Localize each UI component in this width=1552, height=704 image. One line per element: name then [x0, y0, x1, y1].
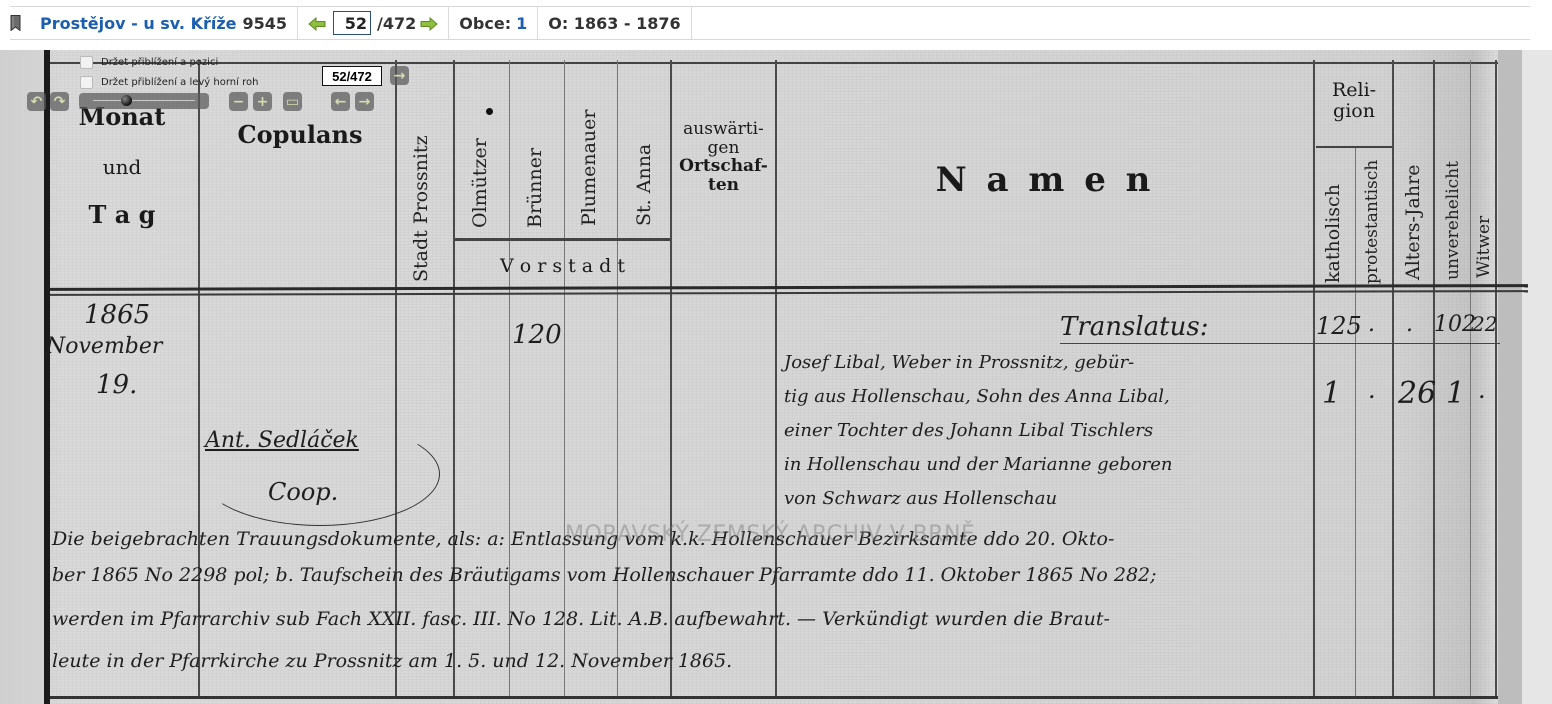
header-religion-line1: Reli-	[1316, 80, 1392, 101]
table-top-rule	[50, 62, 1498, 64]
header-ortschaften-line2: ten	[672, 176, 775, 195]
header-alters-jahre: Alters-Jahre	[1402, 154, 1424, 280]
header-auswaertigen: auswärti- gen Ortschaf- ten	[672, 120, 775, 195]
arrow-right-icon[interactable]	[420, 16, 438, 30]
previous-page-button[interactable]: ←	[331, 92, 350, 111]
jump-to-page-button[interactable]: →	[390, 66, 409, 85]
arrow-right-icon: →	[394, 69, 406, 83]
table-bottom-rule	[50, 696, 1498, 699]
parish-title-link[interactable]: Prostějov - u sv. Kříže	[40, 14, 237, 33]
signature-flourish	[200, 422, 440, 526]
carry-katholisch: 125	[1316, 312, 1362, 340]
groom-line: einer Tochter des Johann Libal Tischlers	[784, 420, 1153, 441]
parish-segment: Prostějov - u sv. Kříže 9545	[0, 7, 298, 39]
bookmark-icon[interactable]	[10, 15, 21, 31]
header-religion-line2: gion	[1316, 101, 1392, 122]
header-olmuetzer: Olmützer	[469, 124, 491, 228]
plus-icon: +	[257, 95, 269, 109]
value-unverehelicht: 1	[1446, 376, 1465, 411]
zoom-in-button[interactable]: +	[253, 92, 272, 111]
entry-year: 1865	[84, 300, 150, 330]
column-divider	[617, 60, 618, 696]
column-divider	[509, 60, 510, 696]
value-protestantisch: .	[1368, 376, 1376, 404]
carry-unverehelicht: 102	[1434, 312, 1476, 337]
page-number-input[interactable]	[333, 11, 371, 35]
keep-zoom-topleft-option[interactable]: Držet přiblížení a levý horní roh	[80, 76, 258, 89]
column-divider	[1313, 60, 1315, 696]
header-auswaertigen-line2: gen	[672, 139, 775, 158]
value-witwer: .	[1478, 376, 1486, 404]
entry-month: November	[46, 334, 162, 359]
column-divider	[198, 60, 200, 696]
zoom-out-button[interactable]: −	[229, 92, 248, 111]
carry-alters: .	[1406, 312, 1413, 337]
groom-line: von Schwarz aus Hollenschau	[784, 488, 1057, 509]
header-witwer: Witwer	[1474, 206, 1494, 278]
date-range: O: 1863 - 1876	[548, 14, 680, 33]
remark-line: leute in der Pfarrkirche zu Prossnitz am…	[52, 650, 732, 672]
column-divider	[453, 60, 455, 696]
column-divider	[775, 60, 777, 696]
scan-page-edge	[1522, 50, 1552, 704]
keep-zoom-position-checkbox[interactable]	[80, 56, 93, 69]
page-badge: 52/472	[322, 66, 382, 86]
header-und: und	[60, 156, 184, 178]
header-copulans: Copulans	[205, 122, 395, 148]
entry-day: 19.	[96, 370, 137, 400]
header-bottom-divider	[10, 39, 1530, 40]
header-unverehelicht: unverehelicht	[1443, 148, 1463, 280]
archive-watermark: MORAVSKÝ ZEMSKÝ ARCHIV V BRNĚ	[565, 522, 975, 547]
register-number: 9545	[243, 14, 288, 33]
header-stadt-prossnitz: Stadt Prossnitz	[410, 122, 432, 282]
header-plumenauer: Plumenauer	[578, 108, 600, 226]
rotate-right-icon: ↷	[54, 95, 66, 109]
fit-to-window-button[interactable]: ▭	[283, 92, 302, 111]
header-tag: T a g	[60, 202, 184, 228]
entry-translatus: Translatus:	[1060, 312, 1208, 342]
next-page-button[interactable]: →	[355, 92, 374, 111]
carry-protestantisch: .	[1368, 312, 1375, 337]
column-divider	[1470, 60, 1471, 696]
column-divider	[1355, 146, 1356, 696]
value-katholisch: 1	[1322, 376, 1341, 411]
scan-binding-edge	[44, 50, 50, 704]
obce-label: Obce:	[459, 14, 511, 33]
carry-witwer: 22	[1472, 312, 1497, 336]
scan-left-margin	[0, 50, 44, 704]
minus-icon: −	[233, 95, 245, 109]
arrow-right-icon: →	[359, 95, 371, 109]
value-alters: 26	[1398, 376, 1436, 411]
keep-zoom-topleft-label: Držet přiblížení a levý horní roh	[101, 77, 258, 88]
zoom-slider-track	[93, 100, 195, 101]
groom-line: in Hollenschau und der Marianne geboren	[784, 454, 1172, 475]
religion-rule	[1316, 146, 1392, 148]
header-st-anna: St. Anna	[633, 136, 655, 226]
obce-count-link[interactable]: 1	[516, 14, 527, 33]
translatus-underline	[1060, 343, 1500, 344]
header-bruenner: Brünner	[524, 146, 546, 228]
rotate-left-icon: ↶	[31, 95, 43, 109]
column-divider	[1392, 60, 1394, 696]
keep-zoom-topleft-checkbox[interactable]	[80, 76, 93, 89]
arrow-left-icon[interactable]	[308, 16, 326, 30]
column-divider	[395, 60, 397, 696]
header-katholisch: katholisch	[1322, 168, 1344, 283]
vorstadt-rule	[455, 238, 670, 241]
page-total: /472	[377, 14, 416, 33]
keep-zoom-position-option[interactable]: Držet přiblížení a pozici	[80, 56, 218, 69]
document-scan[interactable]: Monat und T a g Copulans Stadt Prossnitz…	[0, 50, 1552, 704]
groom-line: Josef Libal, Weber in Prossnitz, gebür-	[784, 352, 1134, 373]
zoom-slider[interactable]	[79, 93, 209, 109]
entry-house-number: 120	[512, 320, 562, 350]
fit-window-icon: ▭	[286, 95, 299, 109]
arrow-left-icon: ←	[335, 95, 347, 109]
header-protestantisch: protestantisch	[1362, 156, 1382, 284]
remark-line: werden im Pfarrarchiv sub Fach XXII. fas…	[52, 608, 1110, 630]
column-divider	[564, 60, 565, 696]
zoom-slider-handle[interactable]	[121, 95, 132, 106]
header-namen: N a m e n	[780, 162, 1310, 199]
header-religion: Reli- gion	[1316, 80, 1392, 122]
keep-zoom-position-label: Držet přiblížení a pozici	[101, 57, 218, 68]
obce-segment: Obce: 1	[449, 7, 538, 39]
header-auswaertigen-line1: auswärti-	[672, 120, 775, 139]
header-ortschaften-line1: Ortschaf-	[672, 157, 775, 176]
scan-right-margin	[1498, 50, 1522, 704]
ink-dot	[486, 108, 493, 115]
remark-line: ber 1865 No 2298 pol; b. Taufschein des …	[52, 564, 1157, 586]
rotate-left-button[interactable]: ↶	[27, 92, 46, 111]
groom-line: tig aus Hollenschau, Sohn des Anna Libal…	[784, 386, 1170, 407]
column-divider	[1495, 60, 1497, 696]
date-range-segment: O: 1863 - 1876	[538, 7, 691, 39]
page-navigation: /472	[298, 7, 449, 39]
rotate-right-button[interactable]: ↷	[50, 92, 69, 111]
header-vorstadt: V o r s t a d t	[455, 256, 670, 277]
viewer-header: Prostějov - u sv. Kříže 9545 /472 Obce: …	[0, 0, 1552, 50]
header-separator-rule	[50, 284, 1528, 296]
